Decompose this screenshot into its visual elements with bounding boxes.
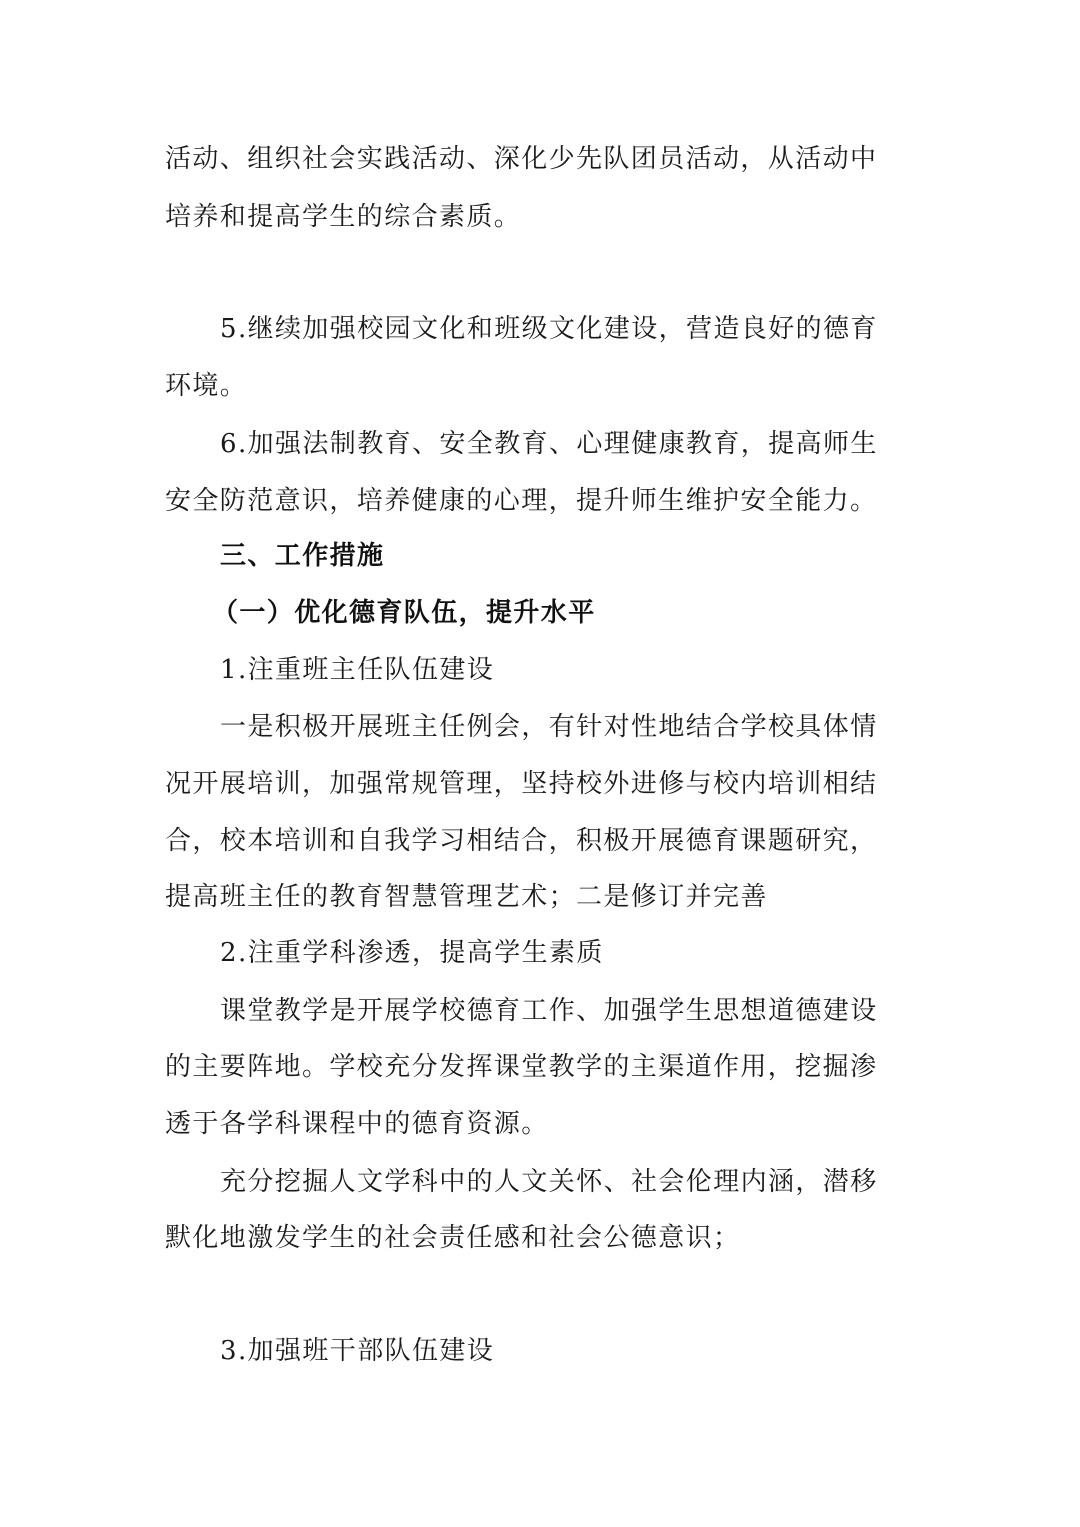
section-heading: 三、工作措施 — [220, 540, 384, 572]
paragraph-line: 默化地激发学生的社会责任感和社会公德意识； — [165, 1222, 740, 1254]
list-item-5: 5.继续加强校园文化和班级文化建设，营造良好的德育 — [220, 313, 878, 345]
paragraph-line: 的主要阵地。学校充分发挥课堂教学的主渠道作用，挖掘渗 — [165, 1051, 877, 1083]
paragraph-line: 充分挖掘人文学科中的人文关怀、社会伦理内涵，潜移 — [220, 1166, 878, 1198]
item-heading-3: 3.加强班干部队伍建设 — [220, 1335, 494, 1367]
paragraph-line: 况开展培训，加强常规管理，坚持校外进修与校内培训相结 — [165, 768, 877, 800]
item-heading-1: 1.注重班主任队伍建设 — [220, 654, 494, 686]
subsection-heading: （一）优化德育队伍，提升水平 — [212, 597, 596, 629]
paragraph-line: 安全防范意识，培养健康的心理，提升师生维护安全能力。 — [165, 485, 877, 517]
document-page: 活动、组织社会实践活动、深化少先队团员活动，从活动中 培养和提高学生的综合素质。… — [0, 0, 1080, 1527]
paragraph-line: 提高班主任的教育智慧管理艺术；二是修订并完善 — [165, 881, 768, 913]
paragraph-line: 一是积极开展班主任例会，有针对性地结合学校具体情 — [220, 711, 878, 743]
paragraph-line: 透于各学科课程中的德育资源。 — [165, 1108, 549, 1140]
paragraph-line: 环境。 — [165, 370, 247, 402]
paragraph-line: 合，校本培训和自我学习相结合，积极开展德育课题研究， — [165, 825, 877, 857]
paragraph-line: 活动、组织社会实践活动、深化少先队团员活动，从活动中 — [165, 143, 877, 175]
list-item-6: 6.加强法制教育、安全教育、心理健康教育，提高师生 — [220, 428, 878, 460]
paragraph-line: 课堂教学是开展学校德育工作、加强学生思想道德建设 — [220, 995, 878, 1027]
paragraph-line: 培养和提高学生的综合素质。 — [165, 201, 521, 233]
item-heading-2: 2.注重学科渗透，提高学生素质 — [220, 937, 604, 969]
